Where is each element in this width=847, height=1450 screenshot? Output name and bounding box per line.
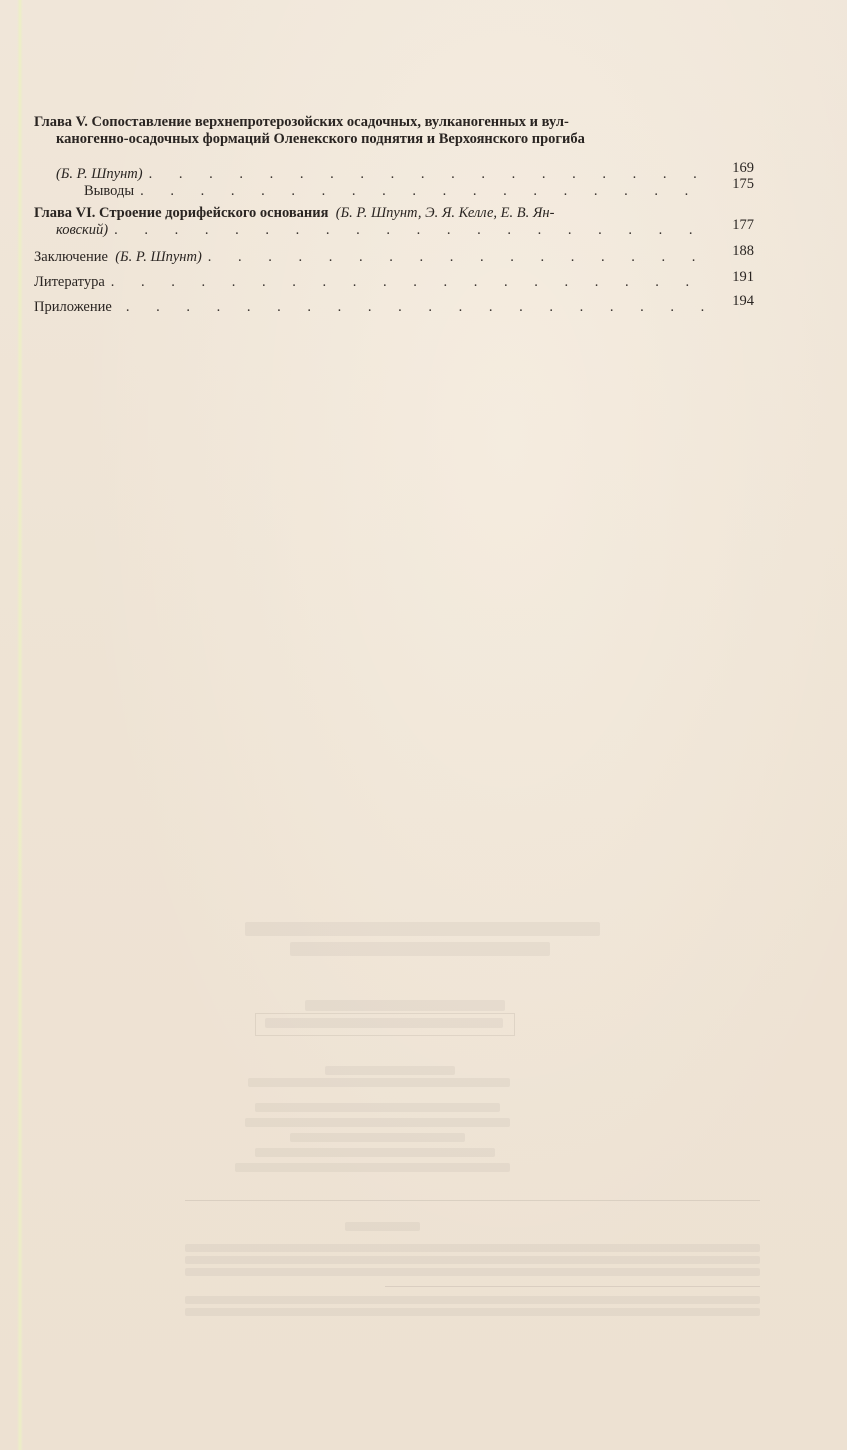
toc-entry-appendix[interactable]: Приложение . . . . . . . . . . . . . . .…	[34, 295, 752, 321]
toc-entry-label: Выводы	[84, 183, 134, 200]
toc-entry-label: Приложение	[34, 299, 112, 316]
toc-entry-author-cont: ковский)	[56, 222, 108, 239]
leader-dots: . . . . . . . . . . . . . . . . . . . . …	[114, 222, 714, 239]
page-number: 188	[724, 243, 754, 260]
toc-entry-author: (Б. Р. Шпунт)	[56, 166, 143, 183]
leader-dots: . . . . . . . . . . . . . . . . . . . . …	[140, 183, 714, 200]
toc-entry-final-conclusion[interactable]: Заключение (Б. Р. Шпунт) . . . . . . . .…	[34, 243, 752, 269]
toc-entry-chapter-6[interactable]: Глава VI. Строение дорифейского основани…	[34, 205, 752, 243]
toc-entry-chapter-5[interactable]: Глава V. Сопоставление верхнепротерозойс…	[34, 114, 752, 166]
leader-dots: . . . . . . . . . . . . . . . . . . . . …	[111, 274, 714, 291]
toc-entry-chapter-5-author[interactable]: (Б. Р. Шпунт) . . . . . . . . . . . . . …	[34, 166, 752, 183]
toc-entry-literature[interactable]: Литература . . . . . . . . . . . . . . .…	[34, 269, 752, 295]
page-number: 191	[724, 269, 754, 286]
toc-entry-title: Глава VI. Строение дорифейского основани…	[34, 205, 752, 222]
page-number: 169	[724, 160, 754, 177]
toc-entry-label: Заключение	[34, 249, 108, 265]
page-number: 177	[724, 217, 754, 234]
toc-entry-label: Литература	[34, 274, 105, 291]
page-number: 175	[724, 176, 754, 193]
leader-dots: . . . . . . . . . . . . . . . . . . . . …	[126, 299, 714, 316]
page-number: 194	[724, 293, 754, 310]
toc-entry-author: (Б. Р. Шпунт)	[115, 249, 202, 265]
toc-entry-conclusions[interactable]: Выводы . . . . . . . . . . . . . . . . .…	[34, 183, 752, 205]
leader-dots: . . . . . . . . . . . . . . . . . . . . …	[208, 249, 714, 266]
table-of-contents: Глава V. Сопоставление верхнепротерозойс…	[34, 114, 752, 321]
page-edge-mark	[17, 0, 23, 1450]
toc-entry-title: Глава V. Сопоставление верхнепротерозойс…	[34, 114, 752, 131]
leader-dots: . . . . . . . . . . . . . . . . . . . . …	[149, 166, 714, 183]
toc-entry-title-cont: каногенно-осадочных формаций Оленекского…	[34, 131, 752, 148]
